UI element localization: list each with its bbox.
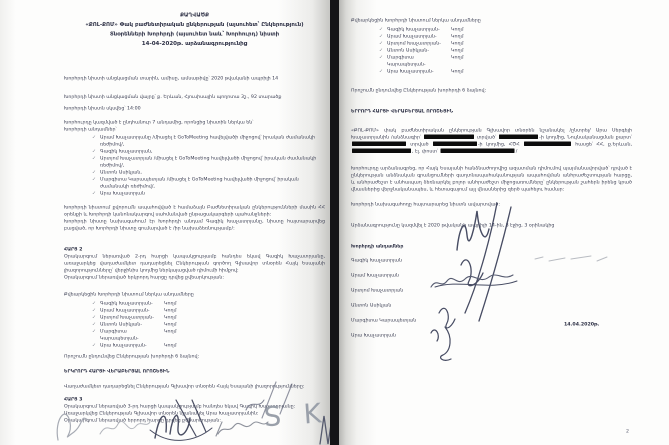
signature-initials: S K: [263, 398, 329, 433]
vote-row: ✓ Գագիկ Խաչատրյան- Կողմ: [379, 26, 632, 33]
question-2-paragraph: Օրակարգում ներառված 2-րդ հարցի կապակցութ…: [64, 253, 325, 274]
check-icon: ✓: [92, 328, 100, 342]
title-line: 14-04-2020թ. արձանագրությունից: [64, 39, 325, 49]
check-icon: ✓: [92, 307, 100, 314]
check-icon: ✓: [92, 321, 100, 328]
redaction-bar: [499, 135, 538, 140]
voter-name: Արամ Խաչատրյան-: [100, 307, 164, 314]
attendee-name: Արա Խաչատրյան: [100, 190, 325, 197]
voter-name: Գագիկ Խաչատրյան-: [387, 26, 451, 33]
check-icon: ✓: [379, 47, 387, 54]
voter-name: Արամ Խաչատրյան-: [387, 33, 451, 40]
voter-name: Մարգիտա Կարապետյան-: [100, 328, 164, 342]
check-icon: ✓: [92, 169, 100, 176]
title-line: «ՔՈԼ-ՔՈՄ» Փակ բաժնետիրական ընկերության (…: [64, 20, 325, 30]
list-item: ✓ Մարգիտա Կարապետյան /միացել է GoToMeeti…: [92, 176, 325, 190]
closing-paragraph: Խորհրդի նախագահողը հայտարարեց նիստն ավար…: [351, 201, 632, 208]
check-icon: ✓: [379, 33, 387, 40]
members-label: Խորհրդի անդամներ՝: [64, 126, 325, 133]
voter-name: Արա Խաչատրյան-: [387, 68, 451, 75]
check-icon: ✓: [379, 54, 387, 68]
appointment-text: /: [516, 149, 518, 155]
present-intro: Խորհուրդը կազմված է ընդհանուր 7 անդամից,…: [64, 119, 325, 126]
redaction-bar: [524, 142, 571, 147]
question-2-vote-call: Օրակարգում ներառված երկրորդ հարցը դրվեց …: [64, 274, 325, 281]
redaction-bar: [352, 142, 406, 147]
attendee-list: ✓ Արամ Խաչատրյանը /միացել է GoToMeeting …: [92, 134, 325, 197]
attendee-name: Մարգիտա Կարապետյան /միացել է GoToMeeting…: [100, 176, 325, 190]
page-2: Քվեարկեցին Խորհրդի նիստում ներկա անդամնե…: [339, 0, 646, 445]
page-gutter: [330, 0, 339, 445]
vote-row: ✓ Արա Խաչատրյան- Կողմ: [92, 342, 325, 349]
vote-row: ✓ Անտոն Ասիկյան- Կողմ: [379, 47, 632, 54]
check-icon: ✓: [92, 134, 100, 148]
appointment-text: -ի կողմից, ՀԾՀ: [478, 142, 523, 148]
list-item: ✓ Անտոն Ասիկյան,: [92, 169, 325, 176]
vote-row: ✓ Գագիկ Խաչատրյան- Կողմ: [92, 300, 325, 307]
attendee-name: Անտոն Ասիկյան,: [100, 169, 325, 176]
list-item: ✓ Գագիկ Խաչատրյան,: [92, 148, 325, 155]
voter-name: Արտյոմ Խաչատրյան-: [100, 314, 164, 321]
redaction-bar: [352, 149, 411, 154]
vote-value: Կողմ: [451, 54, 464, 68]
vote-row: ✓ Մարգիտա Կարապետյան- Կողմ: [92, 328, 325, 342]
check-icon: ✓: [379, 26, 387, 33]
voter-name: Անտոն Ասիկյան-: [100, 321, 164, 328]
check-icon: ✓: [379, 40, 387, 47]
record-paragraph: Խորհուրդը արձանագրեց, որ Հայկ Եսայանի հա…: [351, 165, 632, 193]
meeting-date-line: Խորհրդի նիստի անցկացման տարին, ամիսը, ամ…: [64, 75, 325, 82]
vote-value: Կողմ: [164, 307, 177, 314]
vote-value: Կողմ: [451, 26, 464, 33]
check-icon: ✓: [92, 155, 100, 169]
vote-row: ✓ Անտոն Ասիկյան- Կողմ: [92, 321, 325, 328]
vote-intro: Քվեարկեցին Խորհրդի նիստում ներկա անդամնե…: [64, 291, 325, 298]
vote-value: Կողմ: [451, 40, 464, 47]
vote-value: Կողմ: [451, 47, 464, 54]
appointment-paragraph: «ՔՈԼ-ՔՈՄ» փակ բաժնետիրական ընկերության Գ…: [351, 127, 632, 155]
vote-row: ✓ Արտյոմ Խաչատրյան- Կողմ: [379, 40, 632, 47]
voter-name: Արա Խաչատրյան-: [100, 342, 164, 349]
attendee-name: Արամ Խաչատրյանը /միացել է GoToMeeting հա…: [100, 134, 325, 148]
page-1: ՔԱՂՎԱԾՔ «ՔՈԼ-ՔՈՄ» Փակ բաժնետիրական ընկեր…: [0, 0, 330, 445]
list-item: ✓ Արտյոմ Խաչատրյան /միացել է GoToMeeting…: [92, 155, 325, 169]
vote-value: Կողմ: [164, 321, 177, 328]
vote-row: ✓ Մարգիտա Կարապետյան- Կողմ: [379, 54, 632, 68]
redaction-bar: [424, 135, 474, 140]
question-2-heading: ՀԱՐՑ 2: [64, 246, 325, 253]
check-icon: ✓: [92, 300, 100, 307]
vote-value: Կողմ: [164, 300, 177, 307]
voter-name: Մարգիտա Կարապետյան-: [387, 54, 451, 68]
list-item: ✓ Արամ Խաչատրյանը /միացել է GoToMeeting …: [92, 134, 325, 148]
page-2-content: Քվեարկեցին Խորհրդի նիստում ներկա անդամնե…: [339, 0, 646, 445]
title-line: Տնօրենների Խորհրդի (այսուհետ նաև՝ Խորհու…: [64, 29, 325, 39]
vote-value: Կողմ: [451, 33, 464, 40]
check-icon: ✓: [92, 176, 100, 190]
vote-row: ✓ Արամ Խաչատրյան- Կողմ: [92, 307, 325, 314]
vote-result: Որոշումն ընդունվեց Ընկերության խորհրդի 6…: [351, 87, 632, 94]
protocol-paragraph: Արձանագրությունը կազմվել է 2020 թվականի …: [351, 222, 632, 229]
chair-paragraph: Խորհրդի նիստը նախագահում էր Խորհրդի անդա…: [64, 218, 325, 232]
meeting-place-line: Խորհրդի նիստի անցկացման վայրը՝ ք. Երևան,…: [64, 94, 325, 101]
signer-name: Արա Խաչատրյան: [351, 332, 632, 347]
vote-list: ✓ Գագիկ Խաչատրյան- Կողմ ✓ Արամ Խաչատրյան…: [92, 300, 325, 349]
meeting-start-line: Խորհրդի նիստն սկսվեց՝ 14:00: [64, 105, 325, 112]
attendee-name: Արտյոմ Խաչատրյան /միացել է GoToMeeting հ…: [100, 155, 325, 169]
check-icon: ✓: [92, 314, 100, 321]
vote-row: ✓ Արտյոմ Խաչատրյան- Կողմ: [92, 314, 325, 321]
vote-result: Որոշումն ընդունվեց Ընկերության խորհրդի 6…: [64, 353, 325, 360]
list-item: ✓ Արա Խաչատրյան: [92, 190, 325, 197]
signer-name: Արամ Խաչատրյան: [351, 272, 632, 287]
redaction-bar: [433, 142, 477, 147]
check-icon: ✓: [92, 342, 100, 349]
appointment-text: հասցե՝ ՀՀ, ք.Երևան,: [572, 142, 632, 148]
appointment-text: -ի կողմից, Նույնականացման քարտ՝: [539, 135, 632, 141]
vote-intro: Քվեարկեցին Խորհրդի նիստում ներկա անդամնե…: [351, 17, 632, 24]
vote-value: Կողմ: [164, 342, 177, 349]
quorum-paragraph: Խորհրդի նիստում քվորումն ապահովված է համ…: [64, 204, 325, 218]
check-icon: ✓: [92, 190, 100, 197]
signer-name: Արտյոմ Խաչատրյան: [351, 287, 632, 302]
vote-list: ✓ Գագիկ Խաչատրյան- Կողմ ✓ Արամ Խաչատրյան…: [379, 26, 632, 75]
document-title: ՔԱՂՎԱԾՔ «ՔՈԼ-ՔՈՄ» Փակ բաժնետիրական ընկեր…: [64, 10, 325, 48]
scanned-document: ՔԱՂՎԱԾՔ «ՔՈԼ-ՔՈՄ» Փակ բաժնետիրական ընկեր…: [0, 0, 669, 445]
signer-list: Գագիկ Խաչատրյան Արամ Խաչատրյան Արտյոմ Խա…: [351, 257, 632, 347]
voter-name: Արտյոմ Խաչատրյան-: [387, 40, 451, 47]
vote-value: Կողմ: [164, 314, 177, 321]
appointment-text: տրված՝: [475, 135, 498, 141]
vote-value: Կողմ: [164, 328, 177, 342]
redaction-bar: [441, 149, 515, 154]
signer-name: Գագիկ Խաչատրյան: [351, 257, 632, 272]
title-line: ՔԱՂՎԱԾՔ: [64, 10, 325, 20]
voter-name: Անտոն Ասիկյան-: [387, 47, 451, 54]
vote-value: Կողմ: [451, 68, 464, 75]
appointment-text: , էլ. փոստ՝: [412, 149, 440, 155]
signer-name: Անտոն Ասիկյան: [351, 302, 632, 317]
decision-2-heading: ԵՐԿՐՈՐԴ ՀԱՐՑԻ ՎԵՐԱԲԵՐՅԱԼ ՈՐՈՇԵՑԻՆ: [64, 368, 325, 375]
page-1-content: ՔԱՂՎԱԾՔ «ՔՈԼ-ՔՈՄ» Փակ բաժնետիրական ընկեր…: [0, 0, 330, 445]
document-date: 14.04.2020թ.: [564, 321, 599, 328]
vote-row: ✓ Արա Խաչատրյան- Կողմ: [379, 68, 632, 75]
decision-3-heading: ԵՐՐՈՐԴ ՀԱՐՑԻ ՎԵՐԱԲԵՐՅԱԼ ՈՐՈՇԵՑԻՆ: [351, 108, 632, 115]
check-icon: ✓: [92, 148, 100, 155]
members-label: Խորհրդի անդամներ: [351, 243, 632, 250]
vote-row: ✓ Արամ Խաչատրյան- Կողմ: [379, 33, 632, 40]
voter-name: Գագիկ Խաչատրյան-: [100, 300, 164, 307]
appointment-text: տրված: [407, 142, 432, 148]
check-icon: ✓: [379, 68, 387, 75]
decision-2-text: Վաղաժամկետ դադարեցնել Ընկերության Գլխավո…: [64, 383, 325, 390]
page-number: 2: [626, 428, 629, 435]
attendee-name: Գագիկ Խաչատրյան,: [100, 148, 325, 155]
